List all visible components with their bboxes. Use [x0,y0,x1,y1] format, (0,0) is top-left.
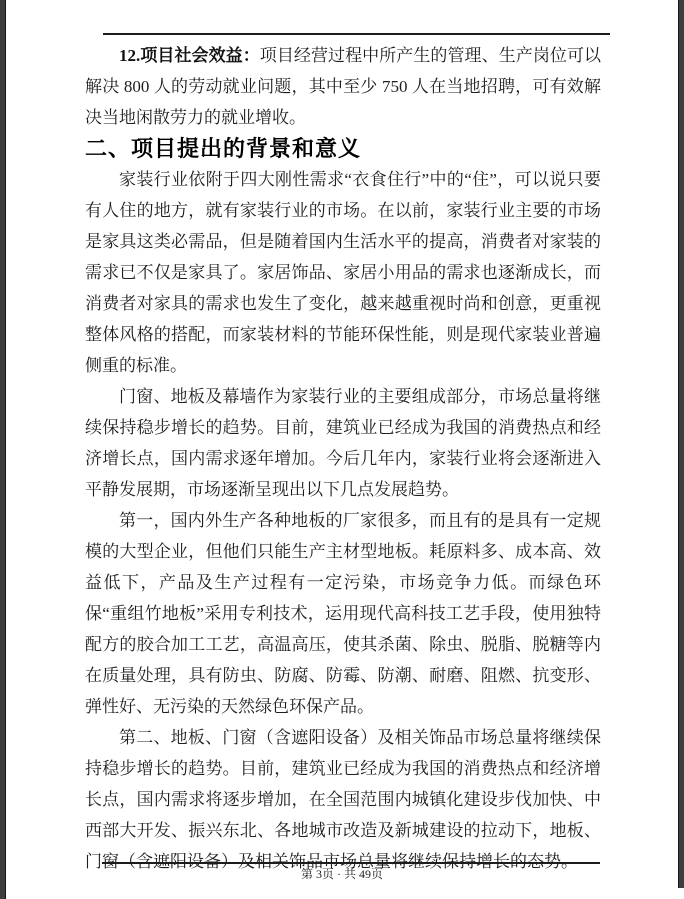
page-header-rule [103,33,610,35]
paragraph-trend-first: 第一，国内外生产各种地板的厂家很多，而且有的是具有一定规模的大型企业，但他们只能… [85,505,601,722]
paragraph-social-benefit: 12.项目社会效益：项目经营过程中所产生的管理、生产岗位可以解决 800 人的劳… [85,40,601,133]
page-footer-rule [102,862,600,864]
page-content: 12.项目社会效益：项目经营过程中所产生的管理、生产岗位可以解决 800 人的劳… [85,40,601,877]
paragraph-industry-background: 家装行业依附于四大刚性需求“衣食住行”中的“住”，可以说只要有人住的地方，就有家… [85,164,601,381]
viewer-background-right [678,0,684,888]
page-number-indicator: 第 3页 · 共 49页 [6,866,678,882]
document-page: 12.项目社会效益：项目经营过程中所产生的管理、生产岗位可以解决 800 人的劳… [6,0,678,899]
paragraph-social-benefit-lead: 12.项目社会效益： [119,46,260,65]
section-heading: 二、项目提出的背景和意义 [85,133,601,164]
paragraph-trend-second: 第二、地板、门窗（含遮阳设备）及相关饰品市场总量将继续保持稳步增长的趋势。目前，… [85,722,601,877]
paragraph-market-trend: 门窗、地板及幕墙作为家装行业的主要组成部分，市场总量将继续保持稳步增长的趋势。目… [85,381,601,505]
